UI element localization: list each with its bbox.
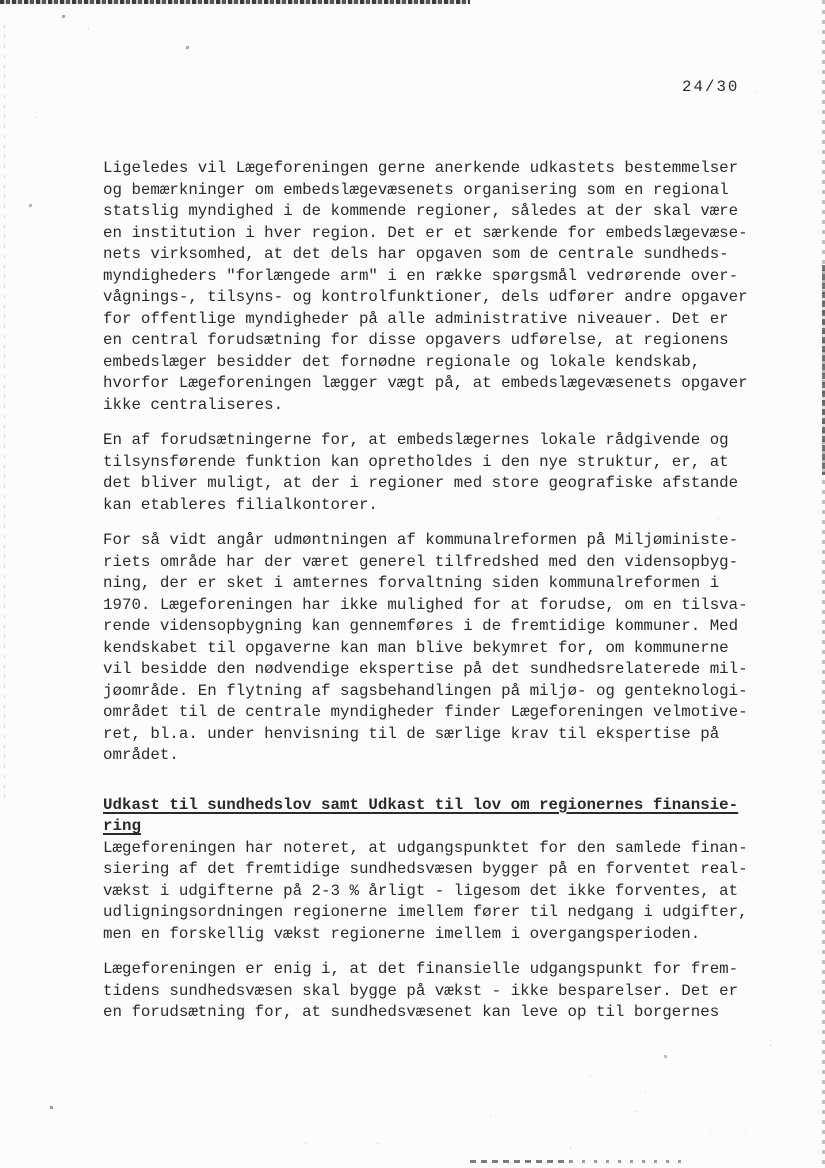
paragraph-finansiering: Lægeforeningen har noteret, at udgangspu…	[103, 838, 759, 946]
paragraph-embedslaegevaesen: Ligeledes vil Lægeforeningen gerne anerk…	[103, 158, 759, 416]
document-body: Ligeledes vil Lægeforeningen gerne anerk…	[103, 158, 759, 1038]
scan-artifact-left-edge	[4, 25, 5, 805]
section-heading: Udkast til sundhedslov samt Udkast til l…	[103, 795, 759, 838]
scanned-document-page: 24/30 Ligeledes vil Lægeforeningen gerne…	[0, 0, 825, 1168]
paragraph-vaekst: Lægeforeningen er enig i, at det finansi…	[103, 959, 759, 1024]
scan-artifact-bottom-bar-sparse	[570, 1160, 688, 1163]
scan-artifact-bottom-bar-mid	[470, 1160, 570, 1163]
scan-noise-specks	[0, 0, 1, 1]
paragraph-kommunalreform-miljo: For så vidt angår udmøntningen af kommun…	[103, 530, 759, 767]
page-number: 24/30	[682, 78, 739, 96]
scan-artifact-bottom-bar	[0, 0, 470, 4]
paragraph-filialkontorer: En af forudsætningerne for, at embedslæg…	[103, 430, 759, 516]
